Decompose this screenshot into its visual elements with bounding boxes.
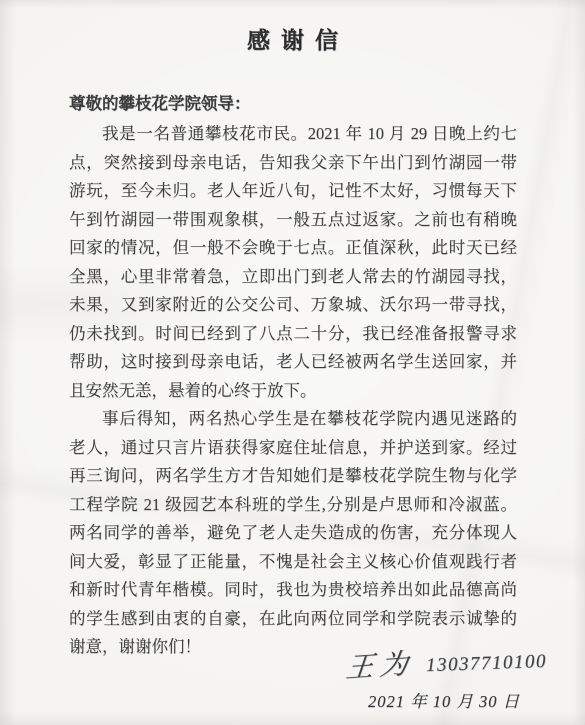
body-line-8: 仍未找到。时间已经到了八点二十分，我已经准备报警寻求 [69, 320, 517, 349]
body-line-3: 游玩，至今未归。老人年近八旬，记性不太好，习惯每天下 [69, 177, 517, 206]
handwritten-signature-name: 王为 [344, 641, 416, 686]
body-line-6: 全黑，心里非常着急，立即出门到老人常去的竹湖园寻找， [69, 263, 517, 292]
letter-body: 我是一名普通攀枝花市民。2021 年 10 月 29 日晚上约七 点，突然接到母… [69, 120, 517, 662]
body-line-12: 老人，通过只言片语获得家庭住址信息，并护送到家。经过 [69, 434, 517, 463]
letter-date: 2021 年 10 月 30 日 [368, 688, 520, 712]
scanned-letter-page: 感谢信 尊敬的攀枝花学院领导： 我是一名普通攀枝花市民。2021 年 10 月 … [0, 0, 585, 725]
body-line-14: 工程学院 21 级园艺本科班的学生,分别是卢思师和冷淑蓝。 [69, 491, 517, 520]
handwritten-phone-number: 13037710100 [426, 651, 548, 677]
signature-row: 王为 13037710100 [346, 644, 547, 684]
body-line-11: 事后得知，两名热心学生是在攀枝花学院内遇见迷路的 [69, 405, 517, 434]
body-line-13: 再三询问，两名学生方才告知她们是攀枝花学院生物与化学 [69, 462, 517, 491]
body-line-7: 未果，又到家附近的公交公司、万象城、沃尔玛一带寻找， [69, 291, 517, 320]
body-line-4: 午到竹湖园一带围观象棋，一般五点过返家。之前也有稍晚 [69, 206, 517, 235]
body-line-9: 帮助，这时接到母亲电话，老人已经被两名学生送回家，并 [69, 348, 517, 377]
body-line-1: 我是一名普通攀枝花市民。2021 年 10 月 29 日晚上约七 [69, 120, 517, 149]
body-line-2: 点，突然接到母亲电话，告知我父亲下午出门到竹湖园一带 [69, 149, 517, 178]
body-line-16: 间大爱，彰显了正能量，不愧是社会主义核心价值观践行者 [69, 548, 517, 577]
body-line-17: 和新时代青年楷模。同时，我也为贵校培养出如此品德高尚 [69, 576, 517, 605]
body-line-18: 的学生感到由衷的自豪，在此向两位同学和学院表示诚挚的 [69, 605, 517, 634]
body-line-5: 回家的情况，但一般不会晚于七点。正值深秋，此时天已经 [69, 234, 517, 263]
body-line-15: 两名同学的善举，避免了老人走失造成的伤害，充分体现人 [69, 519, 517, 548]
body-line-10: 且安然无恙，悬着的心终于放下。 [69, 377, 517, 406]
letter-title: 感谢信 [0, 22, 585, 55]
letter-salutation: 尊敬的攀枝花学院领导： [69, 90, 585, 117]
